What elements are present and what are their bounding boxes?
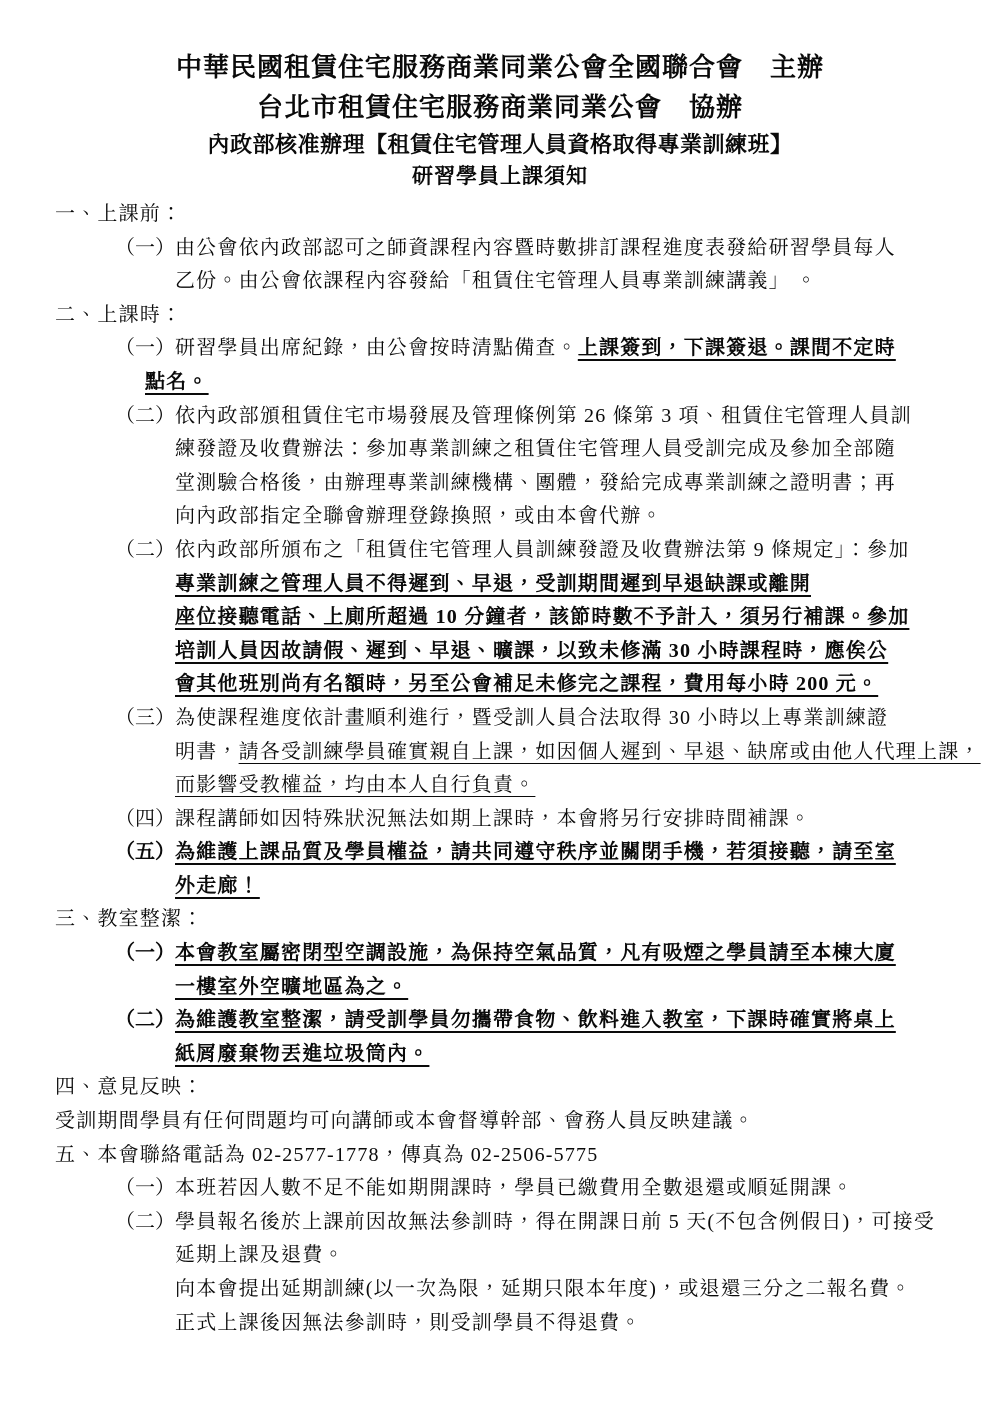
section-2-item-4-line-1: （三） 為使課程進度依計畫順利進行，暨受訓人員合法取得 30 小時以上專業訓練證: [0, 702, 1000, 736]
emphasized-text: 培訓人員因故請假、遲到、早退、曠課，以致未修滿 30 小時課程時，應俟公: [175, 640, 888, 662]
emphasized-text: 座位接聽電話、上廁所超過 10 分鐘者，該節時數不予計入，須另行補課。參加: [175, 606, 909, 628]
item-text: 依內政部頒租賃住宅市場發展及管理條例第 26 條第 3 項、租賃住宅管理人員訓: [175, 405, 912, 427]
section-5-heading: 五、本會聯絡電話為 02-2577-1778，傳真為 02-2506-5775: [0, 1139, 1000, 1173]
section-4-body: 受訓期間學員有任何問題均可向講師或本會督導幹部、會務人員反映建議。: [0, 1105, 1000, 1139]
section-2-heading: 二、上課時：: [0, 299, 1000, 333]
section-2-item-6-line-2: 外走廊！: [0, 870, 1000, 904]
emphasized-text: 上課簽到，下課簽退。課間不定時: [578, 337, 896, 359]
section-3-item-1-line-2: 一樓室外空曠地區為之。: [0, 971, 1000, 1005]
item-text: 受訓期間學員有任何問題均可向講師或本會督導幹部、會務人員反映建議。: [55, 1110, 755, 1132]
section-2-item-2-line-1: （二） 依內政部頒租賃住宅市場發展及管理條例第 26 條第 3 項、租賃住宅管理…: [0, 400, 1000, 434]
section-2-item-6-line-1: （五） 為維護上課品質及學員權益，請共同遵守秩序並關閉手機，若須接聽，請至室: [0, 836, 1000, 870]
item-marker: （五）: [115, 836, 175, 870]
item-text: 依內政部所頒布之「租賃住宅管理人員訓練發證及收費辦法第 9 條規定」：參加: [175, 539, 909, 561]
item-text: 為使課程進度依計畫順利進行，暨受訓人員合法取得 30 小時以上專業訓練證: [175, 707, 888, 729]
item-text: 由公會依內政部認可之師資課程內容暨時數排訂課程進度表發給研習學員每人: [175, 237, 896, 259]
section-5-item-1-line-1: （一） 本班若因人數不足不能如期開課時，學員已繳費用全數退還或順延開課。: [0, 1172, 1000, 1206]
item-text: 正式上課後因無法參訓時，則受訓學員不得退費。: [175, 1312, 641, 1334]
section-1-item-1-line-1: （一） 由公會依內政部認可之師資課程內容暨時數排訂課程進度表發給研習學員每人: [0, 232, 1000, 266]
item-marker: （一）: [115, 937, 175, 971]
item-marker: （一）: [115, 332, 175, 366]
emphasized-text: 本會教室屬密閉型空調設施，為保持空氣品質，凡有吸煙之學員請至本棟大廈: [175, 942, 896, 964]
emphasized-text: 一樓室外空曠地區為之。: [175, 976, 408, 998]
section-2-item-2-line-3: 堂測驗合格後，由辦理專業訓練機構、團體，發給完成專業訓練之證明書；再: [0, 467, 1000, 501]
section-4-heading: 四、意見反映：: [0, 1071, 1000, 1105]
item-marker: （二）: [115, 534, 175, 568]
item-text: 堂測驗合格後，由辦理專業訓練機構、團體，發給完成專業訓練之證明書；再: [175, 472, 896, 494]
section-2-item-1-line-2: 點名。: [0, 366, 1000, 400]
item-text: 明書，: [175, 741, 239, 763]
section-2-item-3-line-1: （二） 依內政部所頒布之「租賃住宅管理人員訓練發證及收費辦法第 9 條規定」：參…: [0, 534, 1000, 568]
item-text: 學員報名後於上課前因故無法參訓時，得在開課日前 5 天(不包含例假日)，可接受: [175, 1211, 935, 1233]
emphasized-text: 為維護上課品質及學員權益，請共同遵守秩序並關閉手機，若須接聽，請至室: [175, 841, 896, 863]
section-1-heading: 一、上課前：: [0, 198, 1000, 232]
emphasized-text: 會其他班別尚有名額時，另至公會補足未修完之課程，費用每小時 200 元。: [175, 673, 878, 695]
item-marker: （四）: [115, 803, 175, 837]
emphasized-text: 為維護教室整潔，請受訓學員勿攜帶食物、飲料進入教室，下課時確實將桌上: [175, 1009, 896, 1031]
section-1-item-1-line-2: 乙份。由公會依課程內容發給「租賃住宅管理人員專業訓練講義」 。: [0, 265, 1000, 299]
section-3-item-1-line-1: （一） 本會教室屬密閉型空調設施，為保持空氣品質，凡有吸煙之學員請至本棟大廈: [0, 937, 1000, 971]
item-marker: （二）: [115, 400, 175, 434]
emphasized-text: 點名。: [145, 371, 209, 393]
section-5-item-2-line-1: （二） 學員報名後於上課前因故無法參訓時，得在開課日前 5 天(不包含例假日)，…: [0, 1206, 1000, 1240]
section-2-item-2-line-2: 練發證及收費辦法：參加專業訓練之租賃住宅管理人員受訓完成及參加全部隨: [0, 433, 1000, 467]
underlined-text: 而影響受教權益，均由本人自行負責。: [175, 774, 535, 796]
item-marker: （一）: [115, 232, 175, 266]
item-text: 乙份。由公會依課程內容發給「租賃住宅管理人員專業訓練講義」 。: [175, 270, 817, 292]
item-text: 本班若因人數不足不能如期開課時，學員已繳費用全數退還或順延開課。: [175, 1177, 853, 1199]
program-title-line: 內政部核准辦理【租賃住宅管理人員資格取得專業訓練班】: [0, 128, 1000, 161]
section-2-item-3-line-4: 培訓人員因故請假、遲到、早退、曠課，以致未修滿 30 小時課程時，應俟公: [0, 635, 1000, 669]
section-5-item-2-line-4: 正式上課後因無法參訓時，則受訓學員不得退費。: [0, 1307, 1000, 1341]
section-2-item-4-line-2: 明書，請各受訓練學員確實親自上課，如因個人遲到、早退、缺席或由他人代理上課，: [0, 736, 1000, 770]
item-text: 向內政部指定全聯會辦理登錄換照，或由本會代辦。: [175, 505, 663, 527]
item-text: 延期上課及退費。: [175, 1244, 345, 1266]
item-text: 向本會提出延期訓練(以一次為限，延期只限本年度)，或退還三分之二報名費。: [175, 1278, 912, 1300]
underlined-text: 請各受訓練學員確實親自上課，如因個人遲到、早退、缺席或由他人代理上課，: [239, 741, 981, 763]
section-2-item-2-line-4: 向內政部指定全聯會辦理登錄換照，或由本會代辦。: [0, 500, 1000, 534]
item-marker: （三）: [115, 702, 175, 736]
item-text: 練發證及收費辦法：參加專業訓練之租賃住宅管理人員受訓完成及參加全部隨: [175, 438, 896, 460]
organizer-title-line: 中華民國租賃住宅服務商業同業公會全國聯合會 主辦: [0, 48, 1000, 88]
item-marker: （二）: [115, 1206, 175, 1240]
co-organizer-title-line: 台北市租賃住宅服務商業同業公會 協辦: [0, 88, 1000, 128]
section-3-heading: 三、教室整潔：: [0, 903, 1000, 937]
item-marker: （一）: [115, 1172, 175, 1206]
item-marker: （二）: [115, 1004, 175, 1038]
section-5-item-2-line-2: 延期上課及退費。: [0, 1239, 1000, 1273]
section-5-item-2-line-3: 向本會提出延期訓練(以一次為限，延期只限本年度)，或退還三分之二報名費。: [0, 1273, 1000, 1307]
section-2-item-3-line-5: 會其他班別尚有名額時，另至公會補足未修完之課程，費用每小時 200 元。: [0, 668, 1000, 702]
item-text: 課程講師如因特殊狀況無法如期上課時，本會將另行安排時間補課。: [175, 808, 811, 830]
item-text: 研習學員出席紀錄，由公會按時清點備查。: [175, 337, 578, 359]
section-2-item-4-line-3: 而影響受教權益，均由本人自行負責。: [0, 769, 1000, 803]
emphasized-text: 專業訓練之管理人員不得遲到、早退，受訓期間遲到早退缺課或離開: [175, 573, 811, 595]
notice-document-page: 中華民國租賃住宅服務商業同業公會全國聯合會 主辦 台北市租賃住宅服務商業同業公會…: [0, 0, 1000, 1414]
section-2-item-5-line-1: （四） 課程講師如因特殊狀況無法如期上課時，本會將另行安排時間補課。: [0, 803, 1000, 837]
section-2-item-3-line-3: 座位接聽電話、上廁所超過 10 分鐘者，該節時數不予計入，須另行補課。參加: [0, 601, 1000, 635]
section-2-item-3-line-2: 專業訓練之管理人員不得遲到、早退，受訓期間遲到早退缺課或離開: [0, 568, 1000, 602]
document-body: 一、上課前： （一） 由公會依內政部認可之師資課程內容暨時數排訂課程進度表發給研…: [0, 192, 1000, 1340]
section-3-item-2-line-2: 紙屑廢棄物丟進垃圾筒內。: [0, 1038, 1000, 1072]
document-title: 研習學員上課須知: [0, 161, 1000, 192]
section-2-item-1-line-1: （一） 研習學員出席紀錄，由公會按時清點備查。上課簽到，下課簽退。課間不定時: [0, 332, 1000, 366]
emphasized-text: 紙屑廢棄物丟進垃圾筒內。: [175, 1043, 429, 1065]
emphasized-text: 外走廊！: [175, 875, 260, 897]
section-3-item-2-line-1: （二） 為維護教室整潔，請受訓學員勿攜帶食物、飲料進入教室，下課時確實將桌上: [0, 1004, 1000, 1038]
document-header: 中華民國租賃住宅服務商業同業公會全國聯合會 主辦 台北市租賃住宅服務商業同業公會…: [0, 0, 1000, 192]
